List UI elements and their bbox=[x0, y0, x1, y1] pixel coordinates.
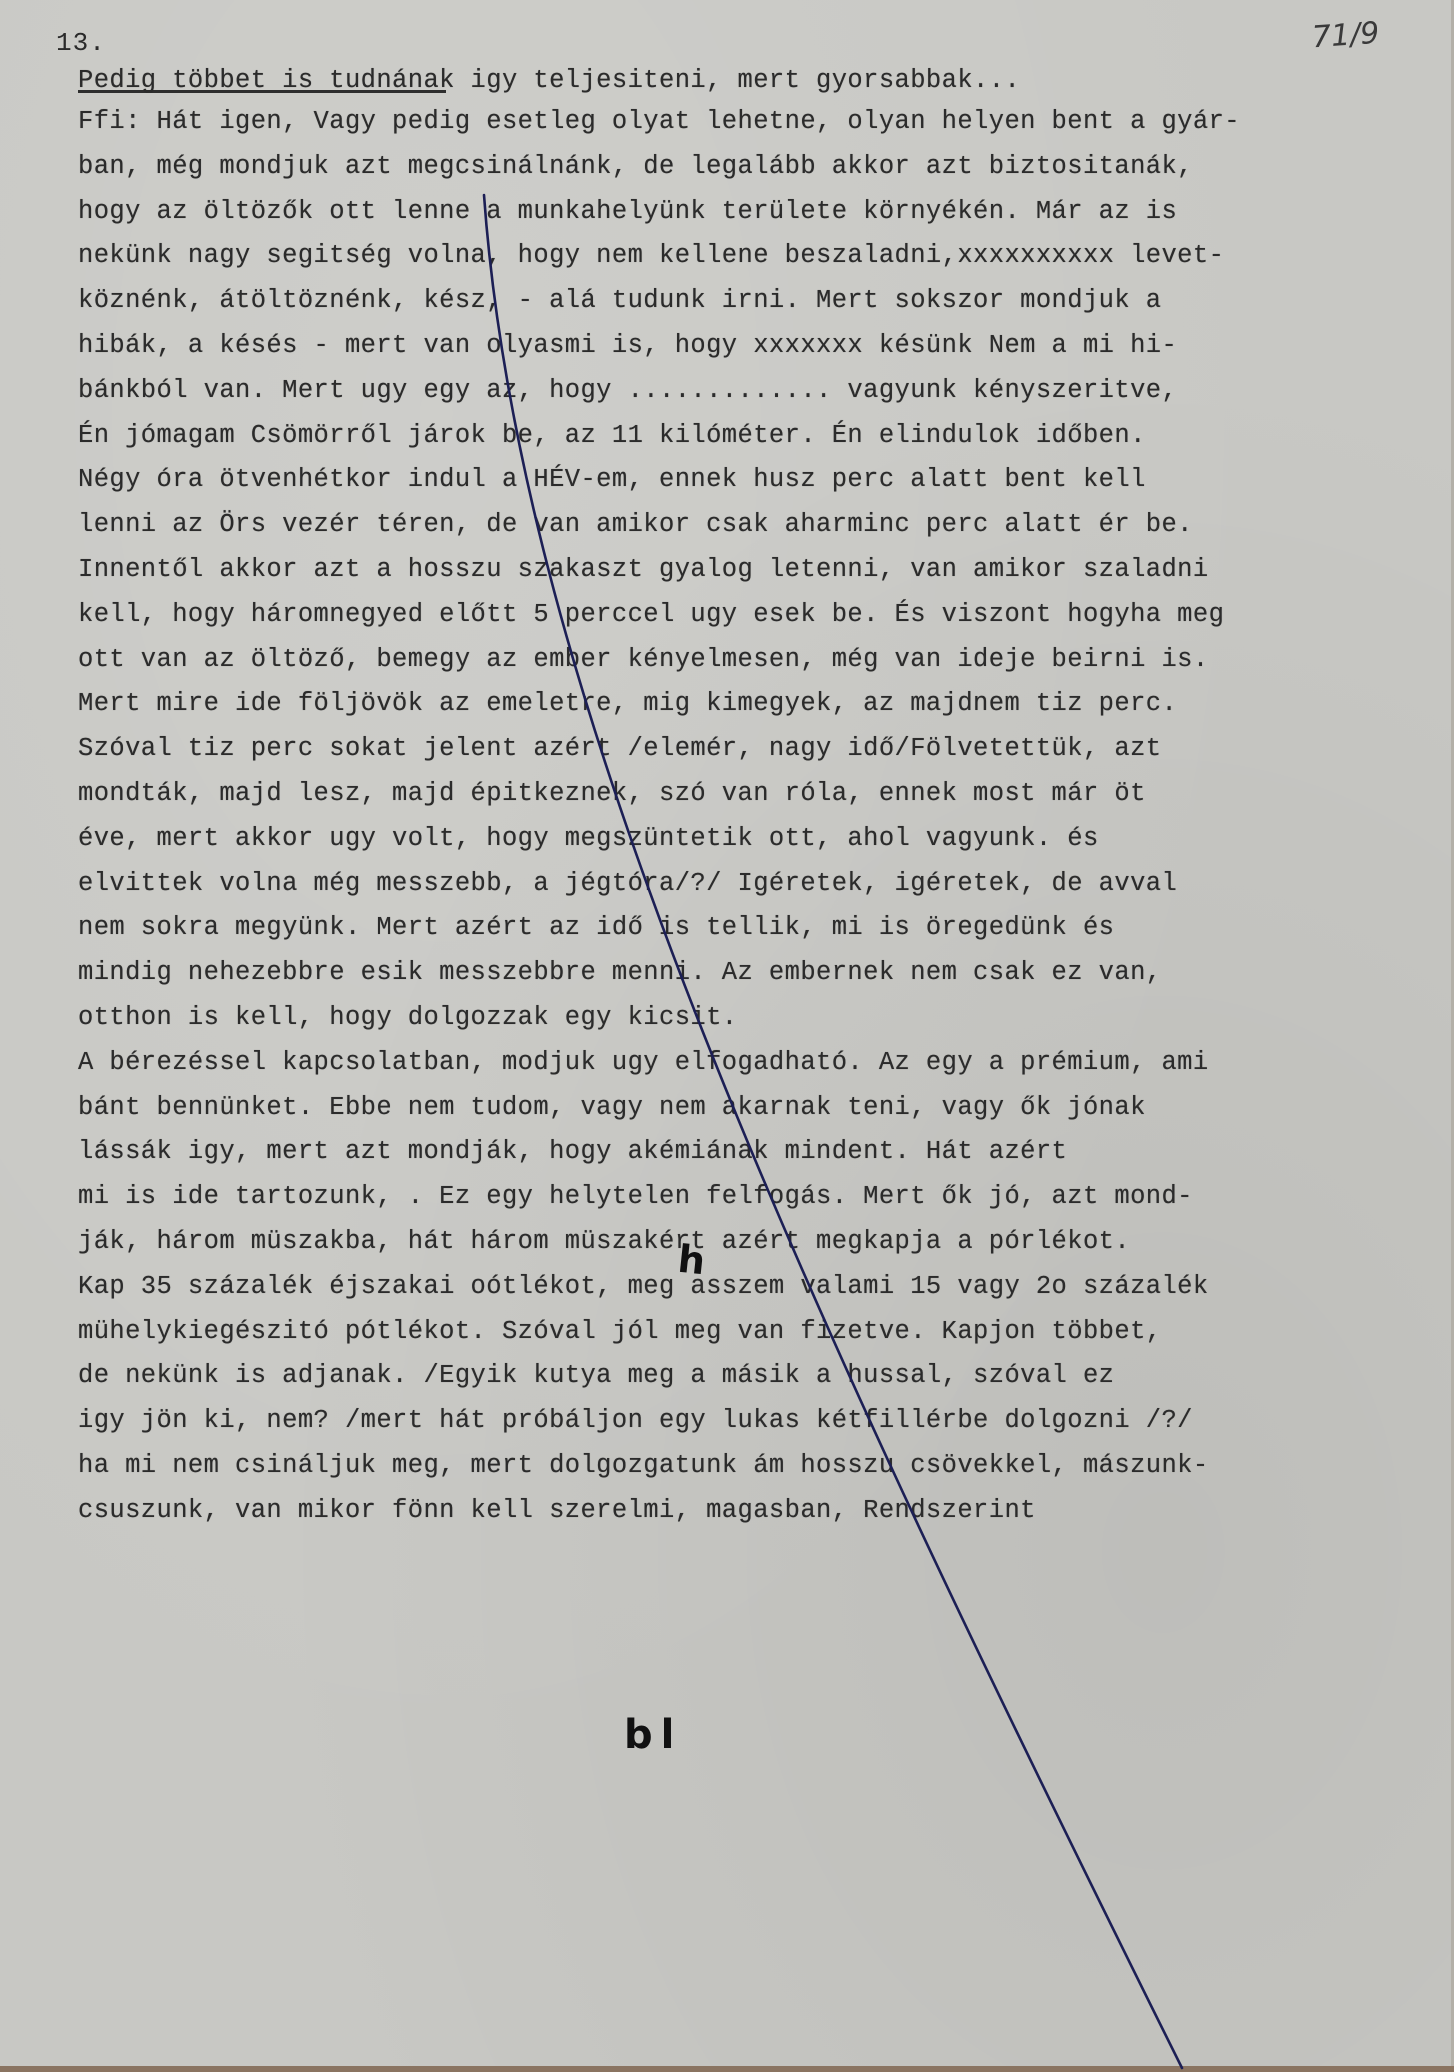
handwritten-correction: bl bbox=[624, 1712, 682, 1758]
text-line: Innentől akkor azt a hosszu szakaszt gya… bbox=[78, 548, 1438, 593]
table-surface-edge bbox=[0, 2066, 1454, 2072]
text-line: ban, még mondjuk azt megcsinálnánk, de l… bbox=[78, 145, 1438, 190]
text-line: bánt bennünket. Ebbe nem tudom, vagy nem… bbox=[78, 1086, 1438, 1131]
text-line: otthon is kell, hogy dolgozzak egy kicsi… bbox=[78, 996, 1438, 1041]
page-number: 13. bbox=[56, 28, 106, 58]
text-line: Pedig többet is tudnának igy teljesiteni… bbox=[78, 62, 1438, 100]
text-line: Én jómagam Csömörről járok be, az 11 kil… bbox=[78, 414, 1438, 459]
text-line: Mert mire ide följövök az emeletre, mig … bbox=[78, 682, 1438, 727]
text-line: elvittek volna még messzebb, a jégtóra/?… bbox=[78, 862, 1438, 907]
text-line: csuszunk, van mikor fönn kell szerelmi, … bbox=[78, 1489, 1438, 1534]
text-line: lenni az Örs vezér téren, de van amikor … bbox=[78, 503, 1438, 548]
text-line: ott van az öltöző, bemegy az ember kénye… bbox=[78, 638, 1438, 683]
text-line: de nekünk is adjanak. /Egyik kutya meg a… bbox=[78, 1354, 1438, 1399]
text-line: nem sokra megyünk. Mert azért az idő is … bbox=[78, 906, 1438, 951]
text-line: igy jön ki, nem? /mert hát próbáljon egy… bbox=[78, 1399, 1438, 1444]
text-line: kell, hogy háromnegyed előtt 5 perccel u… bbox=[78, 593, 1438, 638]
text-line: Szóval tiz perc sokat jelent azért /elem… bbox=[78, 727, 1438, 772]
handwritten-correction: h bbox=[676, 1237, 708, 1284]
text-line: Négy óra ötvenhétkor indul a HÉV-em, enn… bbox=[78, 458, 1438, 503]
text-line: nekünk nagy segitség volna, hogy nem kel… bbox=[78, 234, 1438, 279]
text-line: ják, három müszakba, hát három müszakért… bbox=[78, 1220, 1438, 1265]
text-line: Ffi: Hát igen, Vagy pedig esetleg olyat … bbox=[78, 100, 1438, 145]
text-line: Kap 35 százalék éjszakai oótlékot, meg a… bbox=[78, 1265, 1438, 1310]
archive-mark-handwritten: 71/9 bbox=[1311, 16, 1381, 56]
text-line: ha mi nem csináljuk meg, mert dolgozgatu… bbox=[78, 1444, 1438, 1489]
text-line: A bérezéssel kapcsolatban, modjuk ugy el… bbox=[78, 1041, 1438, 1086]
typewritten-text: Pedig többet is tudnának igy teljesiteni… bbox=[78, 62, 1438, 1534]
text-line: mühelykiegészitó pótlékot. Szóval jól me… bbox=[78, 1310, 1438, 1355]
text-line: lássák igy, mert azt mondják, hogy akémi… bbox=[78, 1130, 1438, 1175]
text-line: hogy az öltözők ott lenne a munkahelyünk… bbox=[78, 190, 1438, 235]
text-line: mindig nehezebbre esik messzebbre menni.… bbox=[78, 951, 1438, 996]
text-line: bánkból van. Mert ugy egy az, hogy .....… bbox=[78, 369, 1438, 414]
text-line: mi is ide tartozunk, . Ez egy helytelen … bbox=[78, 1175, 1438, 1220]
text-line: hibák, a késés - mert van olyasmi is, ho… bbox=[78, 324, 1438, 369]
text-line: köznénk, átöltöznénk, kész, - alá tudunk… bbox=[78, 279, 1438, 324]
text-line: éve, mert akkor ugy volt, hogy megszünte… bbox=[78, 817, 1438, 862]
text-line: mondták, majd lesz, majd épitkeznek, szó… bbox=[78, 772, 1438, 817]
